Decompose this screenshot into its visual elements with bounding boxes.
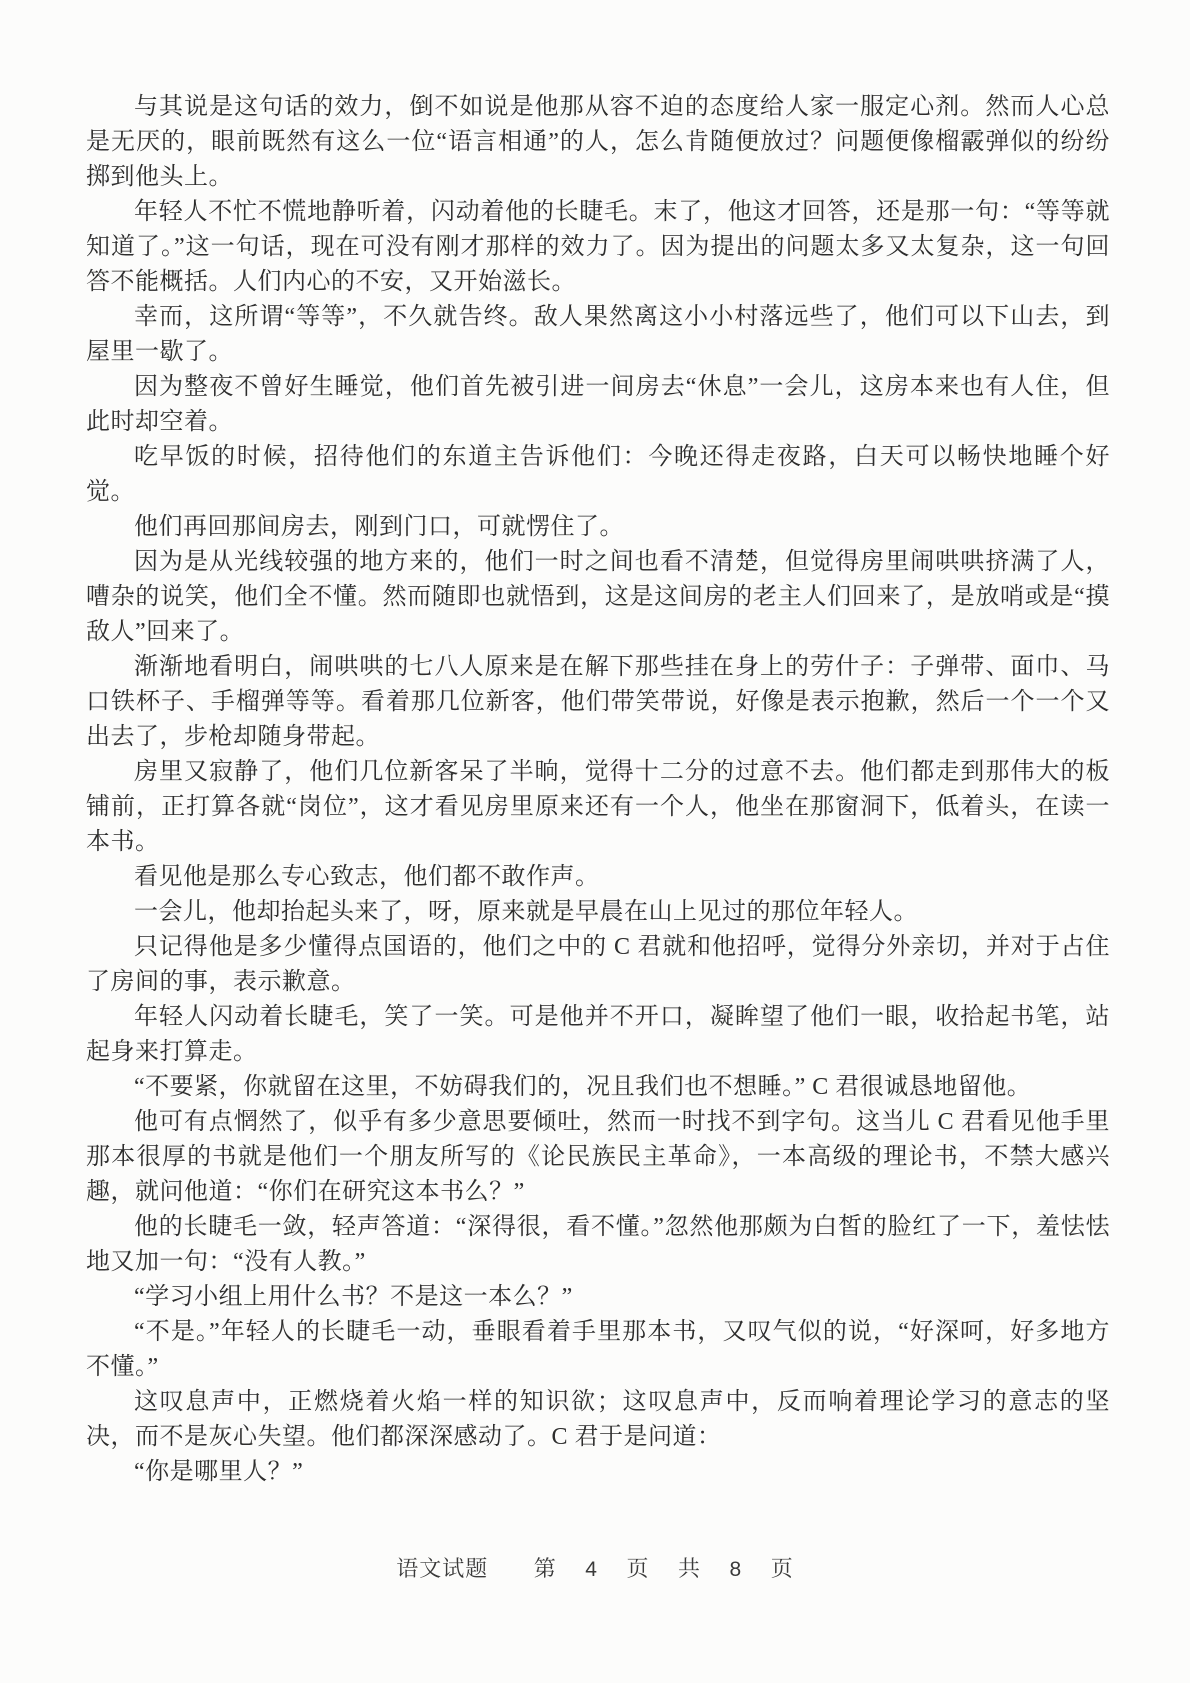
passage-body: 与其说是这句话的效力，倒不如说是他那从容不迫的态度给人家一服定心剂。然而人心总是… <box>86 90 1110 1490</box>
exam-page: 与其说是这句话的效力，倒不如说是他那从容不迫的态度给人家一服定心剂。然而人心总是… <box>0 0 1190 1683</box>
paragraph: 吃早饭的时候，招待他们的东道主告诉他们：今晚还得走夜路，白天可以畅快地睡个好觉。 <box>86 440 1110 510</box>
paragraph: 这叹息声中，正燃烧着火焰一样的知识欲；这叹息声中，反而响着理论学习的意志的坚决，… <box>86 1385 1110 1455</box>
footer-page-number: 4 <box>585 1558 598 1582</box>
paragraph: “不要紧，你就留在这里，不妨碍我们的，况且我们也不想睡。” C 君很诚恳地留他。 <box>86 1070 1110 1105</box>
paragraph: “你是哪里人？” <box>86 1455 1110 1490</box>
footer-total-prefix: 共 <box>678 1552 701 1583</box>
paragraph: “学习小组上用什么书？不是这一本么？” <box>86 1280 1110 1315</box>
footer-page-unit: 页 <box>626 1552 649 1583</box>
paragraph: 一会儿，他却抬起头来了，呀，原来就是早晨在山上见过的那位年轻人。 <box>86 895 1110 930</box>
paragraph: 因为整夜不曾好生睡觉，他们首先被引进一间房去“休息”一会儿，这房本来也有人住，但… <box>86 370 1110 440</box>
paragraph: 他们再回那间房去，刚到门口，可就愣住了。 <box>86 510 1110 545</box>
paragraph: 他可有点惘然了，似乎有多少意思要倾吐，然而一时找不到字句。这当儿 C 君看见他手… <box>86 1105 1110 1210</box>
paragraph: 看见他是那么专心致志，他们都不敢作声。 <box>86 860 1110 895</box>
paragraph: 他的长睫毛一敛，轻声答道：“深得很，看不懂。”忽然他那颇为白皙的脸红了一下，羞怯… <box>86 1210 1110 1280</box>
footer-total-number: 8 <box>730 1558 743 1582</box>
paragraph: 渐渐地看明白，闹哄哄的七八人原来是在解下那些挂在身上的劳什子：子弹带、面巾、马口… <box>86 650 1110 755</box>
page-footer: 语文试题 第 4 页 共 8 页 <box>0 1552 1190 1583</box>
paragraph: 年轻人不忙不慌地静听着，闪动着他的长睫毛。末了，他这才回答，还是那一句：“等等就… <box>86 195 1110 300</box>
paragraph: 与其说是这句话的效力，倒不如说是他那从容不迫的态度给人家一服定心剂。然而人心总是… <box>86 90 1110 195</box>
paragraph: 年轻人闪动着长睫毛，笑了一笑。可是他并不开口，凝眸望了他们一眼，收拾起书笔，站起… <box>86 1000 1110 1070</box>
footer-total-unit: 页 <box>771 1552 794 1583</box>
footer-page-prefix: 第 <box>534 1552 557 1583</box>
paragraph: “不是。”年轻人的长睫毛一动，垂眼看着手里那本书，又叹气似的说，“好深呵，好多地… <box>86 1315 1110 1385</box>
paragraph: 房里又寂静了，他们几位新客呆了半晌，觉得十二分的过意不去。他们都走到那伟大的板铺… <box>86 755 1110 860</box>
paragraph: 因为是从光线较强的地方来的，他们一时之间也看不清楚，但觉得房里闹哄哄挤满了人，嘈… <box>86 545 1110 650</box>
footer-doc-title: 语文试题 <box>396 1552 488 1583</box>
paragraph: 只记得他是多少懂得点国语的，他们之中的 C 君就和他招呼，觉得分外亲切，并对于占… <box>86 930 1110 1000</box>
paragraph: 幸而，这所谓“等等”，不久就告终。敌人果然离这小小村落远些了，他们可以下山去，到… <box>86 300 1110 370</box>
